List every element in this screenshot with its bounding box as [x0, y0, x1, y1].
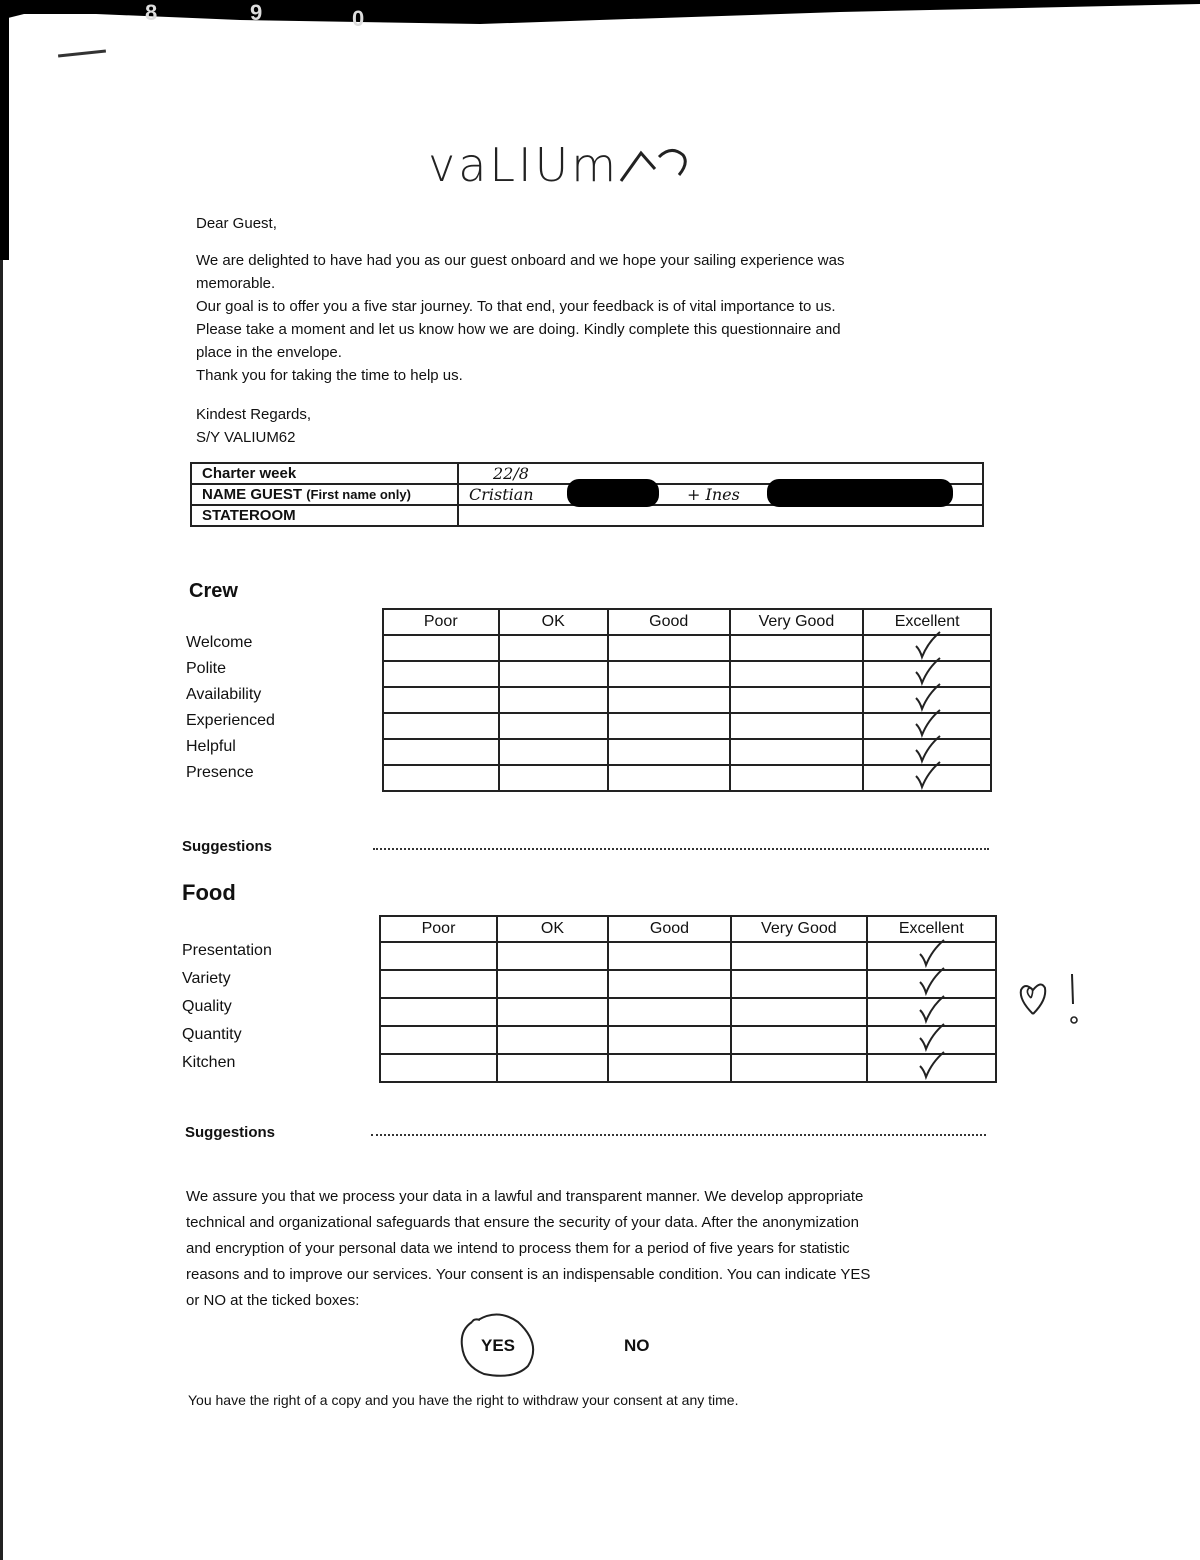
letter-line: memorable. [196, 272, 956, 295]
rating-cell-very-good[interactable] [730, 765, 864, 791]
redaction-bar [767, 479, 953, 507]
rating-cell-ok[interactable] [497, 998, 608, 1026]
rating-cell-very-good[interactable] [730, 739, 864, 765]
intro-letter: Dear Guest, We are delighted to have had… [196, 212, 956, 449]
rating-column-header: Poor [380, 916, 497, 942]
rating-cell-ok[interactable] [499, 635, 608, 661]
rating-row-label: Polite [186, 660, 226, 678]
privacy-line: We assure you that we process your data … [186, 1184, 996, 1210]
rating-cell-poor[interactable] [383, 765, 499, 791]
letter-line: Our goal is to offer you a five star jou… [196, 295, 956, 318]
rating-cell-excellent[interactable] [863, 765, 991, 791]
signature: S/Y VALIUM62 [196, 426, 956, 449]
check-mark-icon [916, 1050, 946, 1080]
consent-footnote: You have the right of a copy and you hav… [188, 1392, 738, 1408]
rating-cell-good[interactable] [608, 635, 730, 661]
rating-cell-very-good[interactable] [730, 635, 864, 661]
exclamation-doodle-icon [1066, 972, 1080, 1028]
guest-info-table: Charter week 22/8 NAME GUEST (First name… [190, 462, 984, 527]
closing: Kindest Regards, [196, 403, 956, 426]
rating-cell-very-good[interactable] [730, 661, 864, 687]
rating-row [383, 765, 991, 791]
rating-cell-poor[interactable] [380, 1026, 497, 1054]
ruler-number: 8 [145, 0, 157, 26]
pen-mark [58, 49, 106, 57]
rating-cell-poor[interactable] [380, 998, 497, 1026]
heart-doodle-icon [1015, 980, 1049, 1016]
rating-cell-very-good[interactable] [731, 998, 867, 1026]
rating-row-label: Welcome [186, 634, 252, 652]
charter-week-label: Charter week [191, 463, 458, 484]
logo-text: vaLIUm [428, 138, 619, 192]
rating-cell-ok[interactable] [497, 1026, 608, 1054]
rating-row-label: Quantity [182, 1026, 242, 1044]
ruler-number: 0 [352, 6, 364, 32]
rating-cell-good[interactable] [608, 661, 730, 687]
guest-name-label: NAME GUEST (First name only) [191, 484, 458, 505]
rating-cell-poor[interactable] [380, 970, 497, 998]
rating-row-label: Variety [182, 970, 231, 988]
rating-row [383, 713, 991, 739]
stateroom-label: STATEROOM [191, 505, 458, 526]
rating-cell-good[interactable] [608, 970, 731, 998]
rating-cell-poor[interactable] [383, 739, 499, 765]
food-suggestions-field[interactable] [371, 1134, 986, 1136]
rating-row [380, 1054, 996, 1082]
rating-cell-good[interactable] [608, 1026, 731, 1054]
scan-left-edge [0, 0, 9, 260]
rating-cell-poor[interactable] [380, 942, 497, 970]
rating-cell-good[interactable] [608, 739, 730, 765]
rating-row [380, 998, 996, 1026]
food-rating-table: PoorOKGoodVery GoodExcellent [379, 915, 997, 1083]
consent-no-option[interactable]: NO [624, 1336, 650, 1356]
rating-row-label: Presentation [182, 942, 272, 960]
privacy-notice: We assure you that we process your data … [186, 1184, 996, 1314]
crew-suggestions-label: Suggestions [182, 838, 272, 855]
privacy-line: reasons and to improve our services. You… [186, 1262, 996, 1288]
rating-cell-poor[interactable] [383, 713, 499, 739]
rating-cell-good[interactable] [608, 942, 731, 970]
stateroom-field[interactable] [458, 505, 983, 526]
rating-column-header: Very Good [731, 916, 867, 942]
check-mark-icon [916, 938, 946, 968]
ruler-number: 9 [250, 0, 262, 26]
rating-cell-good[interactable] [608, 1054, 731, 1082]
letter-line: Thank you for taking the time to help us… [196, 364, 956, 387]
rating-column-header: Poor [383, 609, 499, 635]
rating-column-header: Good [608, 916, 731, 942]
crew-rating-table: PoorOKGoodVery GoodExcellent [382, 608, 992, 792]
rating-cell-very-good[interactable] [731, 1054, 867, 1082]
rating-header-row: PoorOKGoodVery GoodExcellent [383, 609, 991, 635]
rating-cell-very-good[interactable] [730, 713, 864, 739]
salutation: Dear Guest, [196, 212, 956, 235]
guest-name-2: + Ines [687, 485, 740, 504]
check-mark-icon [916, 1022, 946, 1052]
letter-line: We are delighted to have had you as our … [196, 249, 956, 272]
rating-column-header: OK [497, 916, 608, 942]
check-mark-icon [912, 760, 942, 790]
rating-row [383, 739, 991, 765]
rating-cell-ok[interactable] [497, 942, 608, 970]
brand-logo: vaLIUm [428, 138, 689, 192]
scan-left-edge-line [0, 260, 3, 1560]
redaction-bar [567, 479, 659, 507]
rating-row [383, 687, 991, 713]
rating-cell-ok[interactable] [499, 765, 608, 791]
logo-mark-icon [619, 147, 689, 183]
consent-yes-option[interactable]: YES [481, 1336, 515, 1356]
check-mark-icon [916, 994, 946, 1024]
guest-name-1: Cristian [469, 485, 534, 504]
rating-cell-ok[interactable] [499, 687, 608, 713]
rating-cell-ok[interactable] [499, 661, 608, 687]
rating-column-header: Very Good [730, 609, 864, 635]
rating-cell-good[interactable] [608, 713, 730, 739]
rating-cell-poor[interactable] [380, 1054, 497, 1082]
crew-section-title: Crew [189, 580, 238, 603]
rating-row [383, 661, 991, 687]
guest-name-field[interactable]: Cristian + Ines [458, 484, 983, 505]
rating-row-label: Kitchen [182, 1054, 235, 1072]
rating-cell-very-good[interactable] [731, 970, 867, 998]
rating-row-label: Helpful [186, 738, 236, 756]
rating-row [383, 635, 991, 661]
guest-name-row: NAME GUEST (First name only) Cristian + … [191, 484, 983, 505]
rating-row [380, 1026, 996, 1054]
rating-row [380, 970, 996, 998]
rating-cell-good[interactable] [608, 765, 730, 791]
rating-cell-very-good[interactable] [731, 1026, 867, 1054]
stateroom-row: STATEROOM [191, 505, 983, 526]
rating-row-label: Experienced [186, 712, 275, 730]
crew-suggestions-field[interactable] [373, 848, 989, 850]
privacy-line: and encryption of your personal data we … [186, 1236, 996, 1262]
letter-line: place in the envelope. [196, 341, 956, 364]
scan-top-edge [0, 0, 1200, 30]
rating-row-label: Presence [186, 764, 254, 782]
rating-cell-poor[interactable] [383, 661, 499, 687]
rating-cell-ok[interactable] [497, 1054, 608, 1082]
rating-cell-ok[interactable] [497, 970, 608, 998]
rating-cell-excellent[interactable] [867, 1054, 996, 1082]
privacy-line: technical and organizational safeguards … [186, 1210, 996, 1236]
rating-cell-good[interactable] [608, 687, 730, 713]
rating-row-label: Quality [182, 998, 232, 1016]
food-suggestions-label: Suggestions [185, 1124, 275, 1141]
rating-cell-ok[interactable] [499, 739, 608, 765]
rating-column-header: Good [608, 609, 730, 635]
check-mark-icon [916, 966, 946, 996]
rating-cell-very-good[interactable] [731, 942, 867, 970]
rating-row [380, 942, 996, 970]
rating-header-row: PoorOKGoodVery GoodExcellent [380, 916, 996, 942]
rating-cell-ok[interactable] [499, 713, 608, 739]
rating-cell-poor[interactable] [383, 687, 499, 713]
rating-cell-poor[interactable] [383, 635, 499, 661]
privacy-line: or NO at the ticked boxes: [186, 1288, 996, 1314]
rating-cell-good[interactable] [608, 998, 731, 1026]
rating-row-label: Availability [186, 686, 261, 704]
food-section-title: Food [182, 880, 236, 906]
rating-cell-very-good[interactable] [730, 687, 864, 713]
letter-line: Please take a moment and let us know how… [196, 318, 956, 341]
rating-column-header: OK [499, 609, 608, 635]
